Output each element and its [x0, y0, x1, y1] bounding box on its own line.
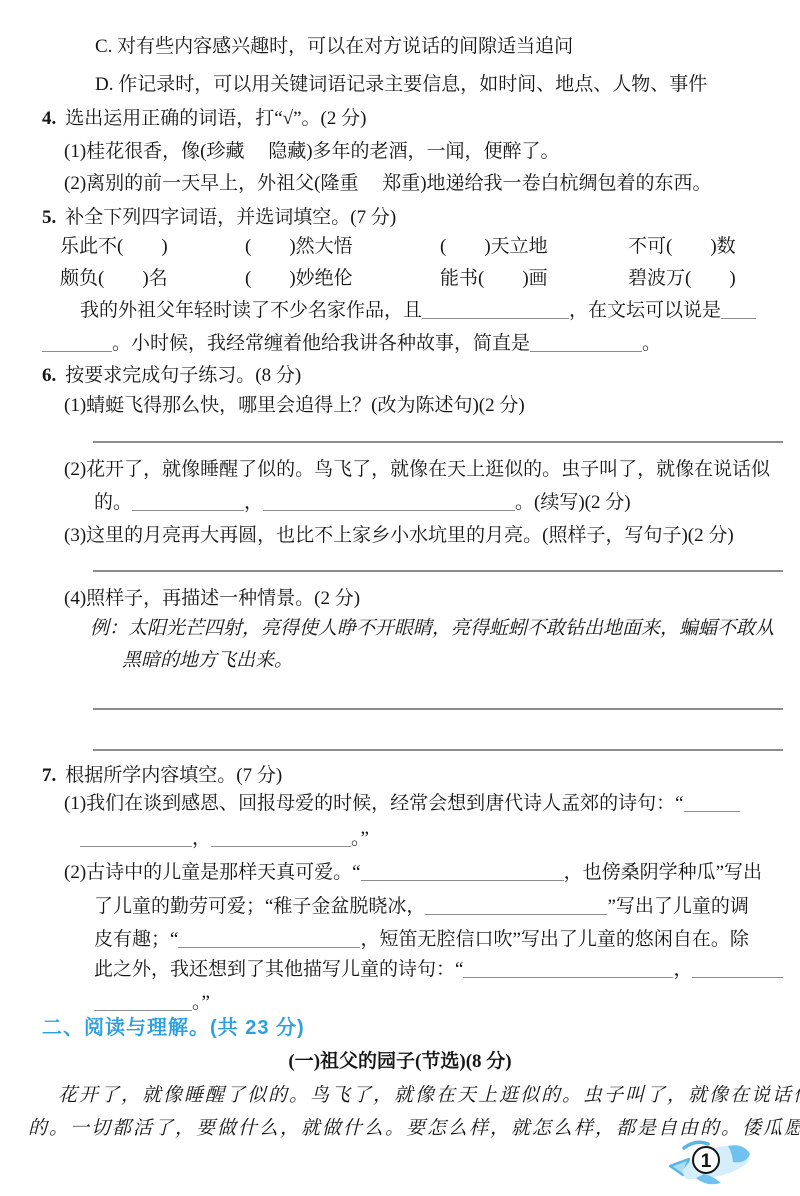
- question-7-item-2-line-1: (2)古诗中的儿童是那样天真可爱。“，也傍桑阴学种瓜”写出: [64, 860, 762, 885]
- example-sentence-line-2: 黑暗的地方飞出来。: [122, 648, 293, 673]
- fill-in-blank: [263, 495, 515, 511]
- question-6-item-4: (4)照样子，再描述一种情景。(2 分): [64, 586, 360, 611]
- fill-in-blank: [684, 796, 740, 812]
- fill-in-blank: [211, 831, 351, 847]
- question-4-item-1: (1)桂花很香，像(珍藏 隐藏)多年的老酒，一闻，便醉了。: [64, 139, 560, 164]
- page-number: 1: [701, 1151, 712, 1172]
- question-5-fill-line-2: 。小时候，我经常缠着他给我讲各种故事，简直是。: [42, 331, 661, 356]
- answer-line: [93, 441, 783, 443]
- question-7-item-2-line-2: 了儿童的勤劳可爱；“稚子金盆脱晓冰，”写出了儿童的调: [94, 894, 749, 919]
- page-number-rocket-icon: 1: [662, 1132, 762, 1196]
- exam-page: { "colors": { "section_heading_blue": "#…: [0, 0, 800, 1196]
- question-7-number: 7.: [42, 765, 56, 786]
- idiom-cell: ( )妙绝伦: [245, 266, 353, 291]
- idiom-cell: 碧波万( ): [628, 266, 736, 291]
- passage-line-1: 花开了，就像睡醒了似的。鸟飞了，就像在天上逛似的。虫子叫了，就像在说话似: [58, 1083, 800, 1108]
- question-7-item-2-line-3: 皮有趣；“，短笛无腔信口吹”写出了儿童的悠闲自在。除: [94, 927, 749, 952]
- fill-in-blank: [530, 336, 642, 352]
- answer-line: [93, 749, 783, 751]
- question-6-number: 6.: [42, 365, 56, 386]
- question-6-item-1: (1)蜻蜓飞得那么快，哪里会追得上？(改为陈述句)(2 分): [64, 393, 525, 418]
- question-5-fill-line-1: 我的外祖父年轻时读了不少名家作品，且，在文坛可以说是: [80, 298, 756, 323]
- idiom-cell: 能书( )画: [440, 266, 548, 291]
- question-5-title: 补全下列四字词语，并选词填空。(7 分): [65, 207, 396, 228]
- question-5-number: 5.: [42, 207, 56, 228]
- idiom-cell: 颇负( )名: [60, 266, 168, 291]
- question-5-header: 5.补全下列四字词语，并选词填空。(7 分): [42, 205, 396, 230]
- question-4-header: 4.选出运用正确的词语，打“√”。(2 分): [42, 106, 366, 131]
- fill-in-blank: [463, 962, 673, 978]
- idiom-cell: 乐此不( ): [60, 234, 168, 259]
- idiom-cell: ( )天立地: [440, 234, 548, 259]
- fill-in-blank: [425, 899, 607, 915]
- fill-in-blank: [178, 932, 360, 948]
- question-6-item-3: (3)这里的月亮再大再圆，也比不上家乡小水坑里的月亮。(照样子，写句子)(2 分…: [64, 523, 734, 548]
- fill-in-blank: [94, 995, 192, 1011]
- fill-in-blank: [361, 865, 564, 881]
- fill-in-blank: [721, 303, 756, 319]
- question-4-item-2: (2)离别的前一天早上，外祖父(隆重 郑重)地递给我一卷白杭绸包着的东西。: [64, 171, 712, 196]
- idiom-cell: ( )然大悟: [245, 234, 353, 259]
- fill-in-blank: [132, 495, 244, 511]
- option-c: C. 对有些内容感兴趣时，可以在对方说话的间隙适当追问: [95, 34, 573, 59]
- fill-in-blank: [692, 962, 783, 978]
- question-7-header: 7.根据所学内容填空。(7 分): [42, 763, 282, 788]
- question-7-item-2-line-4: 此之外，我还想到了其他描写儿童的诗句：“，: [94, 957, 783, 982]
- answer-line: [93, 708, 783, 710]
- question-6-item-2-line-2: 的。，。(续写)(2 分): [94, 490, 631, 515]
- question-7-item-1-line-1: (1)我们在谈到感恩、回报母爱的时候，经常会想到唐代诗人孟郊的诗句：“: [64, 791, 740, 816]
- question-7-title: 根据所学内容填空。(7 分): [65, 765, 282, 786]
- question-6-title: 按要求完成句子练习。(8 分): [65, 365, 301, 386]
- question-6-item-2-line-1: (2)花开了，就像睡醒了似的。鸟飞了，就像在天上逛似的。虫子叫了，就像在说话似: [64, 457, 770, 482]
- question-4-title: 选出运用正确的词语，打“√”。(2 分): [65, 108, 366, 129]
- fill-in-blank: [422, 303, 569, 319]
- answer-line: [93, 570, 783, 572]
- section-2-heading: 二、阅读与理解。(共 23 分): [42, 1016, 305, 1041]
- example-sentence-line-1: 例：太阳光芒四射，亮得使人睁不开眼睛，亮得蚯蚓不敢钻出地面来，蝙蝠不敢从: [90, 616, 774, 641]
- question-4-number: 4.: [42, 108, 56, 129]
- question-7-item-1-line-2: ，。”: [80, 826, 369, 851]
- fill-in-blank: [42, 336, 112, 352]
- fill-in-blank: [80, 831, 192, 847]
- question-7-item-2-line-5: 。”: [94, 990, 210, 1015]
- question-6-header: 6.按要求完成句子练习。(8 分): [42, 363, 301, 388]
- idiom-cell: 不可( )数: [628, 234, 736, 259]
- passage-title: (一)祖父的园子(节选)(8 分): [0, 1049, 800, 1074]
- option-d: D. 作记录时，可以用关键词语记录主要信息，如时间、地点、人物、事件: [95, 72, 707, 97]
